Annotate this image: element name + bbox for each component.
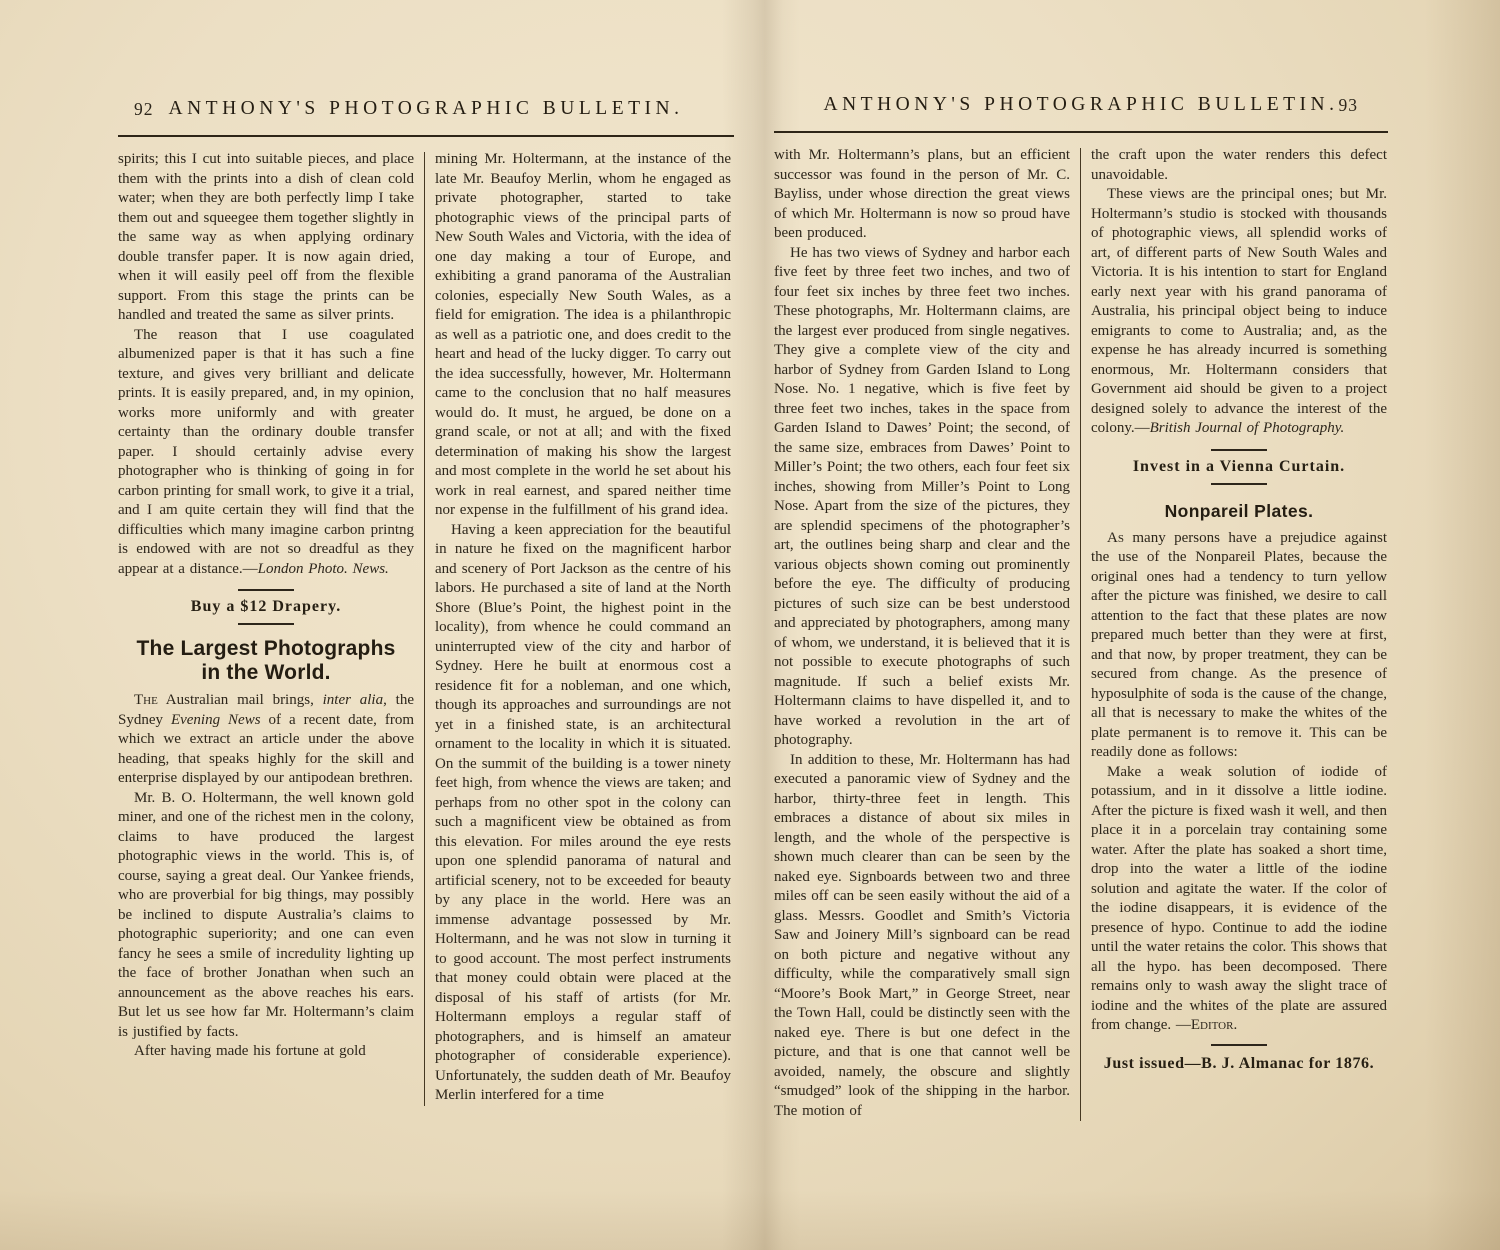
ad-line: Invest in a Vienna Curtain.	[1091, 449, 1387, 485]
ad-line-text: Invest in a Vienna Curtain.	[1091, 458, 1387, 476]
page-header: 93 ANTHONY'S PHOTOGRAPHIC BULLETIN.	[774, 92, 1388, 122]
running-title: ANTHONY'S PHOTOGRAPHIC BULLETIN.	[774, 92, 1388, 116]
paragraph: spirits; this I cut into suitable pieces…	[118, 150, 414, 326]
paragraph: Make a weak solution of iodide of potass…	[1091, 763, 1387, 1036]
column-rule	[424, 152, 425, 1106]
notice-text: Just issued—B. J. Almanac for 1876.	[1091, 1055, 1387, 1073]
page-92: 92 ANTHONY'S PHOTOGRAPHIC BULLETIN. spir…	[118, 96, 734, 1106]
paragraph: After having made his fortune at gold	[118, 1042, 414, 1062]
page-number: 93	[1339, 95, 1359, 116]
header-rule	[118, 135, 734, 137]
column-right: mining Mr. Holtermann, at the instance o…	[435, 150, 731, 1106]
column-left: spirits; this I cut into suitable pieces…	[118, 150, 414, 1106]
text-columns: with Mr. Holtermann’s plans, but an effi…	[774, 146, 1388, 1121]
page-header: 92 ANTHONY'S PHOTOGRAPHIC BULLETIN.	[118, 96, 734, 126]
column-rule	[1080, 148, 1081, 1121]
book-scan: 92 ANTHONY'S PHOTOGRAPHIC BULLETIN. spir…	[0, 0, 1500, 1250]
page-93: 93 ANTHONY'S PHOTOGRAPHIC BULLETIN. with…	[774, 92, 1388, 1121]
paragraph: the craft upon the water renders this de…	[1091, 146, 1387, 185]
paragraph: In addition to these, Mr. Holtermann has…	[774, 751, 1070, 1122]
running-title: ANTHONY'S PHOTOGRAPHIC BULLETIN.	[118, 96, 734, 120]
paragraph: These views are the principal ones; but …	[1091, 185, 1387, 439]
section-title: Nonpareil Plates.	[1091, 501, 1387, 522]
divider-rule	[238, 589, 294, 591]
header-rule	[774, 131, 1388, 133]
divider-rule	[1211, 449, 1267, 451]
page-bottom-shadow	[0, 1190, 1500, 1250]
divider-rule	[1211, 483, 1267, 485]
paragraph: with Mr. Holtermann’s plans, but an effi…	[774, 146, 1070, 244]
paragraph: He has two views of Sydney and harbor ea…	[774, 244, 1070, 751]
paragraph: mining Mr. Holtermann, at the instance o…	[435, 150, 731, 521]
divider-rule	[1211, 1044, 1267, 1046]
article-title: The Largest Photographs in the World.	[132, 637, 400, 684]
paragraph: The Australian mail brings, inter alia, …	[118, 691, 414, 789]
page-edge-shadow	[1425, 0, 1500, 1250]
paragraph: As many persons have a prejudice against…	[1091, 529, 1387, 763]
notice-line: Just issued—B. J. Almanac for 1876.	[1091, 1044, 1387, 1073]
page-number: 92	[134, 99, 154, 120]
paragraph: Mr. B. O. Holtermann, the well known gol…	[118, 789, 414, 1043]
column-left: with Mr. Holtermann’s plans, but an effi…	[774, 146, 1070, 1121]
text-columns: spirits; this I cut into suitable pieces…	[118, 150, 734, 1106]
paragraph: Having a keen appreciation for the beaut…	[435, 521, 731, 1106]
ad-line: Buy a $12 Drapery.	[118, 589, 414, 625]
divider-rule	[238, 623, 294, 625]
column-right: the craft upon the water renders this de…	[1091, 146, 1387, 1121]
paragraph: The reason that I use coagulated albumen…	[118, 326, 414, 580]
ad-line-text: Buy a $12 Drapery.	[118, 598, 414, 616]
